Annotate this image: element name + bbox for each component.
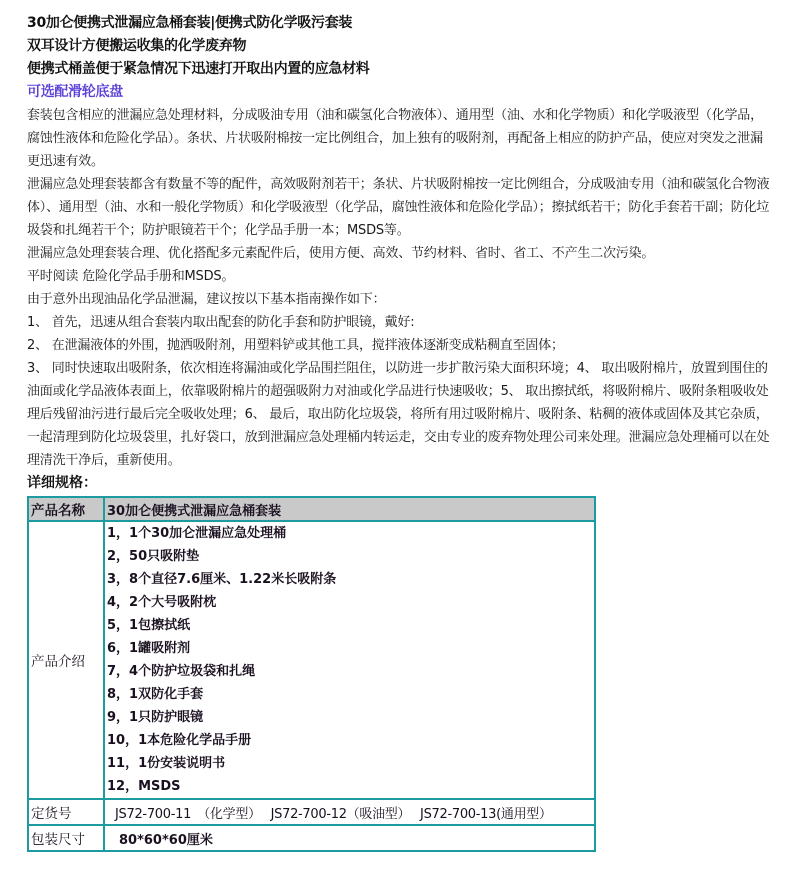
product-description: 30加仑便携式泄漏应急桶套装|便携式防化学吸污套装 双耳设计方便搬运收集的化学废… [27, 12, 772, 494]
intro-item: 11，1份安装说明书 [107, 752, 592, 775]
package-size-value: 80*60*60厘米 [104, 825, 595, 851]
spec-row-product-name: 产品名称 30加仑便携式泄漏应急桶套装 [28, 497, 595, 521]
package-size-label: 包装尺寸 [28, 825, 104, 851]
paragraph-accessories: 泄漏应急处理套装都含有数量不等的配件，高效吸附剂若干；条状、片状吸附棉按一定比例… [27, 173, 772, 242]
order-number-universal: JS72-700-13(通用型） [420, 807, 552, 822]
product-name-label: 产品名称 [28, 497, 104, 521]
product-name-value: 30加仑便携式泄漏应急桶套装 [104, 497, 595, 521]
intro-item: 2，50只吸附垫 [107, 545, 592, 568]
intro-item: 8，1双防化手套 [107, 683, 592, 706]
paragraph-guide-intro: 由于意外出现油品化学品泄漏，建议按以下基本指南操作如下： [27, 288, 772, 311]
headline-optional-dolly: 可选配滑轮底盘 [27, 81, 772, 104]
headline-feature-lid: 便携式桶盖便于紧急情况下迅速打开取出内置的应急材料 [27, 58, 772, 81]
headline-title: 30加仑便携式泄漏应急桶套装|便携式防化学吸污套装 [27, 12, 772, 35]
paragraph-reading: 平时阅读 危险化学品手册和MSDS。 [27, 265, 772, 288]
order-number-oil: JS72-700-12（吸油型） [271, 807, 411, 822]
intro-item: 4，2个大号吸附枕 [107, 591, 592, 614]
spec-row-order-number: 定货号 JS72-700-11 （化学型） JS72-700-12（吸油型） J… [28, 799, 595, 825]
order-number-values: JS72-700-11 （化学型） JS72-700-12（吸油型） JS72-… [104, 799, 595, 825]
intro-label: 产品介绍 [28, 521, 104, 799]
intro-item: 5，1包擦拭纸 [107, 614, 592, 637]
intro-items: 1，1个30加仑泄漏应急处理桶 2，50只吸附垫 3，8个直径7.6厘米、1.2… [104, 521, 595, 799]
intro-item: 3，8个直径7.6厘米、1.22米长吸附条 [107, 568, 592, 591]
intro-item: 7，4个防护垃圾袋和扎绳 [107, 660, 592, 683]
guide-step-1: 1、 首先，迅速从组合套装内取出配套的防化手套和防护眼镜，戴好: [27, 311, 772, 334]
spec-table: 产品名称 30加仑便携式泄漏应急桶套装 产品介绍 1，1个30加仑泄漏应急处理桶… [27, 496, 596, 852]
order-number-label: 定货号 [28, 799, 104, 825]
paragraph-benefits: 泄漏应急处理套装合理、优化搭配多元素配件后，使用方便、高效、节约材料、省时、省工… [27, 242, 772, 265]
intro-item: 10，1本危险化学品手册 [107, 729, 592, 752]
intro-item: 6，1罐吸附剂 [107, 637, 592, 660]
guide-steps-3-6: 3、 同时快速取出吸附条，依次相连将漏油或化学品围拦阻住，以防进一步扩散污染大面… [27, 357, 772, 472]
spec-row-package-size: 包装尺寸 80*60*60厘米 [28, 825, 595, 851]
spec-heading: 详细规格： [27, 472, 772, 494]
intro-item: 12，MSDS [107, 775, 592, 798]
headline-feature-handles: 双耳设计方便搬运收集的化学废弃物 [27, 35, 772, 58]
paragraph-kit-contents: 套装包含相应的泄漏应急处理材料，分成吸油专用（油和碳氢化合物液体）、通用型（油、… [27, 104, 772, 173]
intro-item: 9，1只防护眼镜 [107, 706, 592, 729]
order-number-chemical: JS72-700-11 （化学型） [115, 807, 261, 822]
intro-item: 1，1个30加仑泄漏应急处理桶 [107, 522, 592, 545]
spec-row-intro: 产品介绍 1，1个30加仑泄漏应急处理桶 2，50只吸附垫 3，8个直径7.6厘… [28, 521, 595, 799]
guide-step-2: 2、 在泄漏液体的外围，抛洒吸附剂，用塑料铲或其他工具，搅拌液体逐渐变成粘稠直至… [27, 334, 772, 357]
